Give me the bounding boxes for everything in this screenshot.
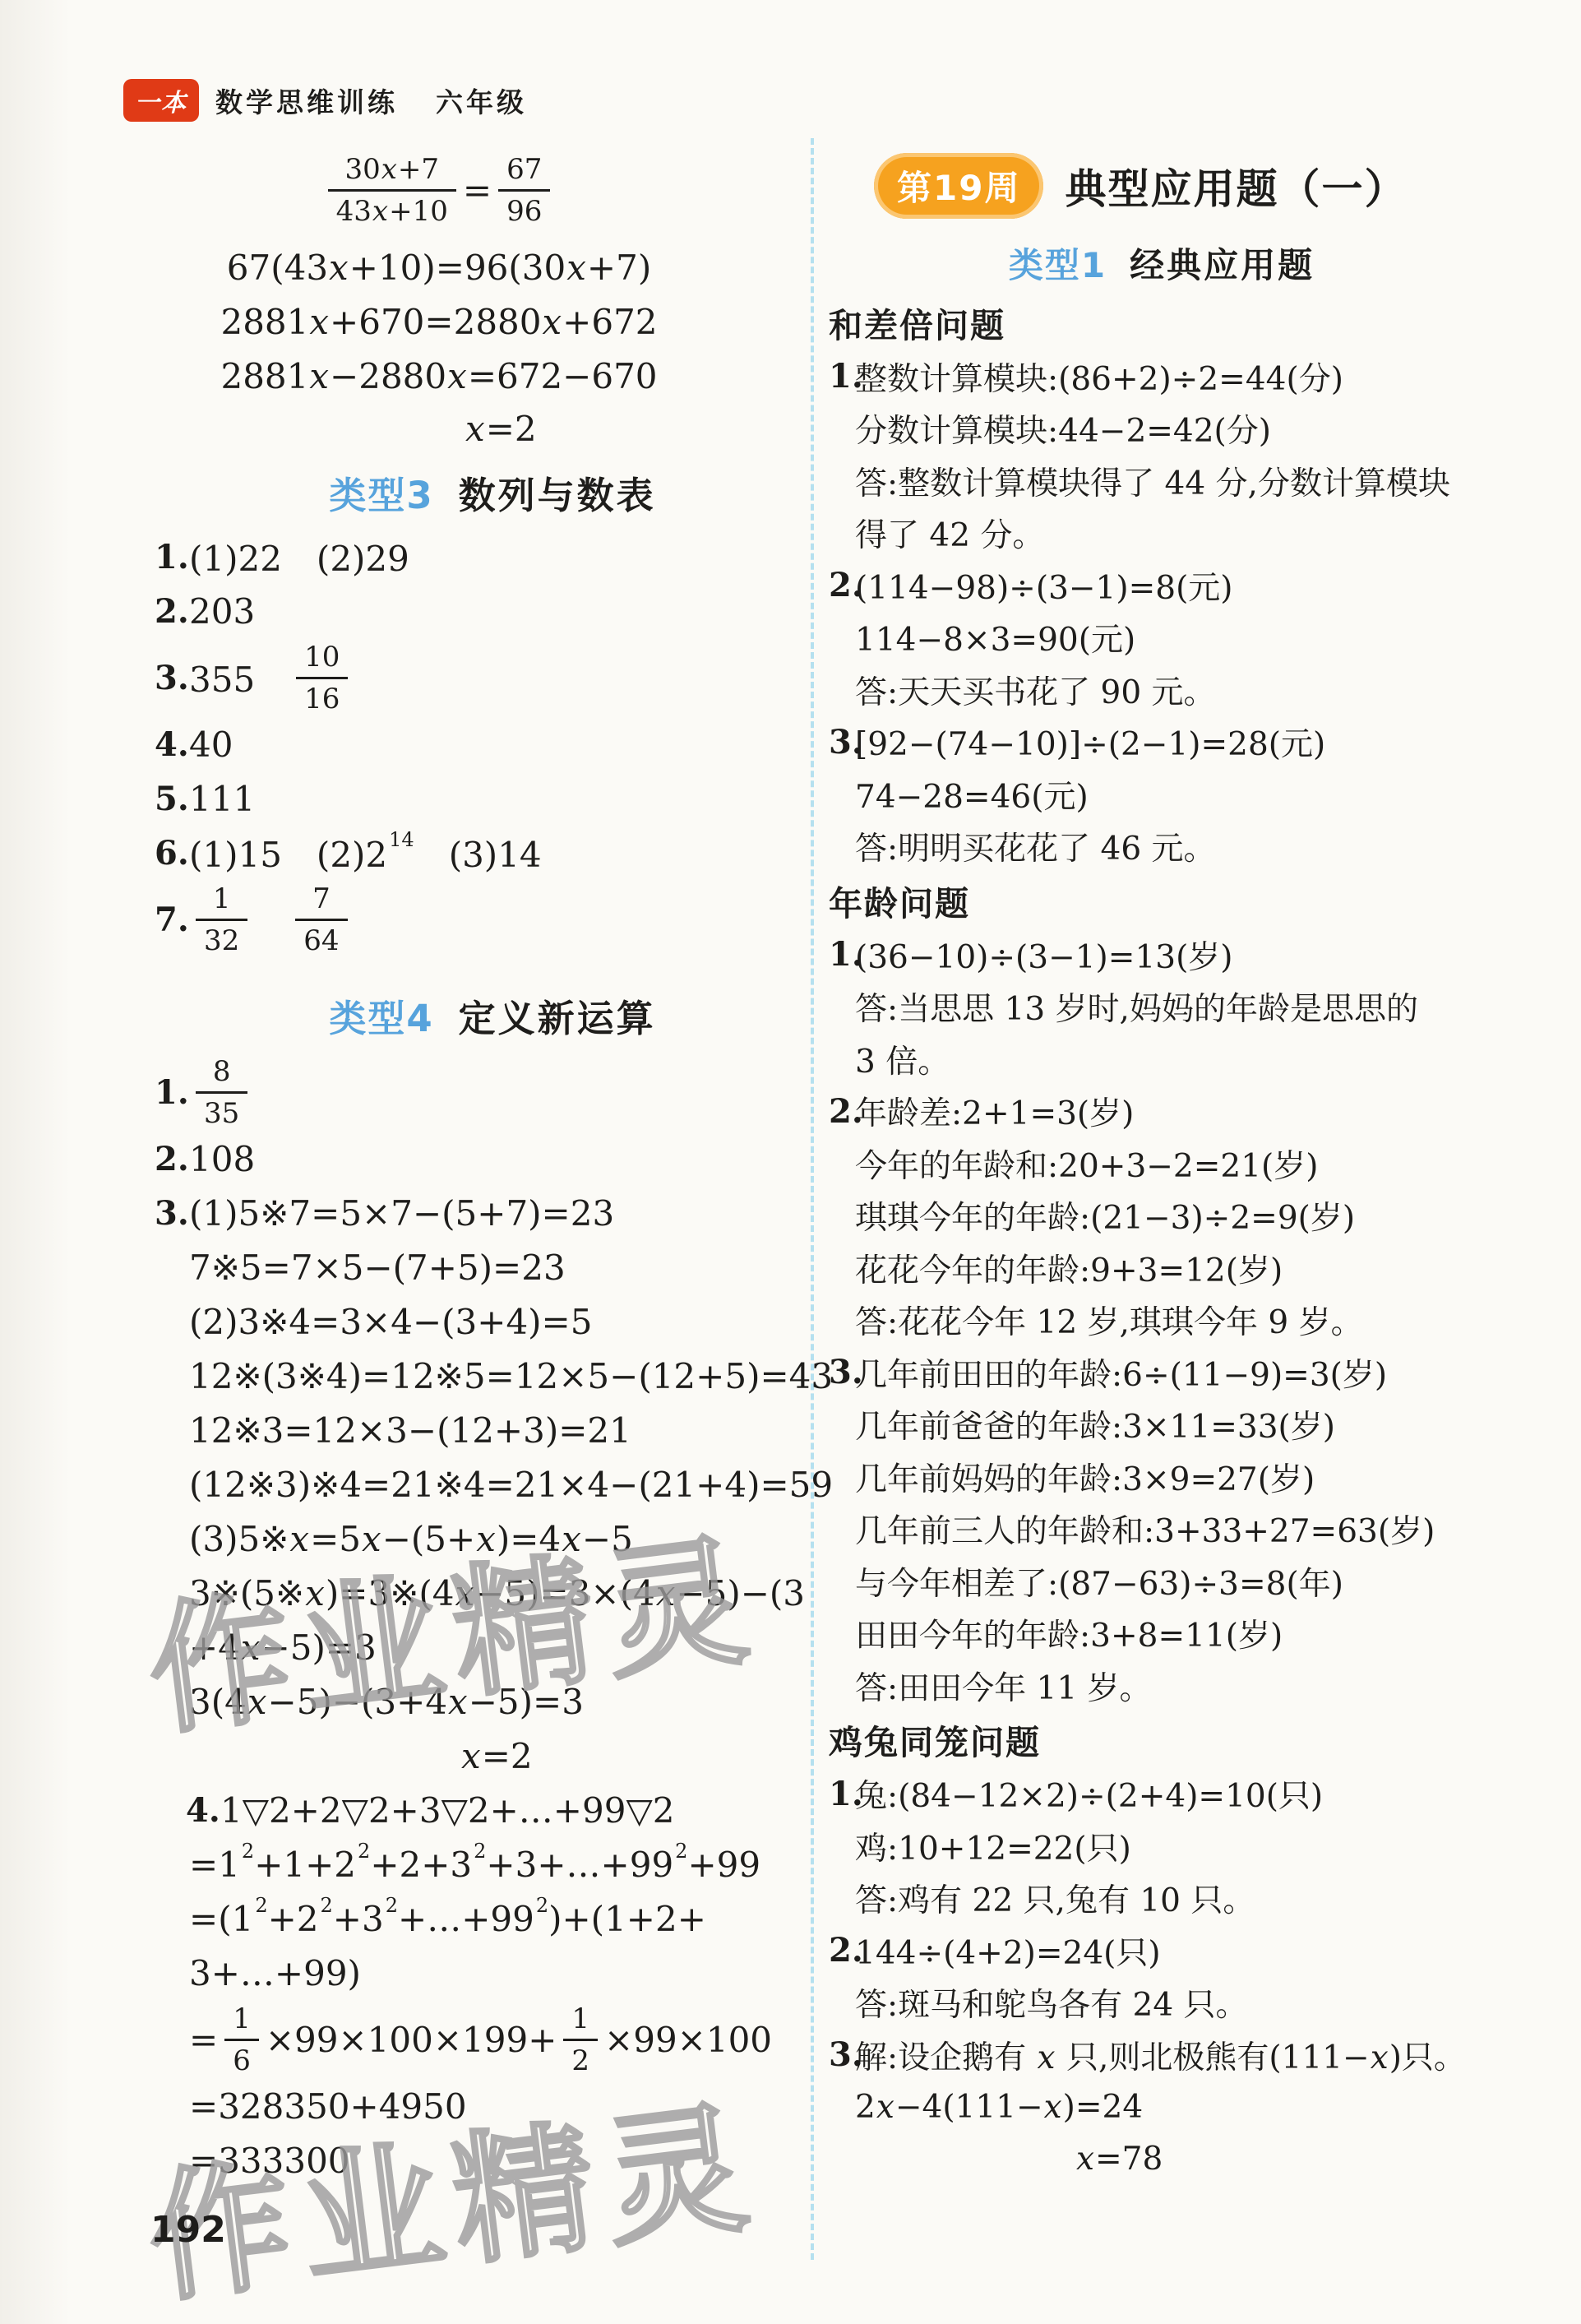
page-edge-shading [0, 0, 71, 2324]
fraction-denominator: 6 [224, 2039, 259, 2075]
item-number: 1. [829, 357, 863, 396]
answer-line: 解:设企鹅有 x 只,则北极熊有(111−x)只。3. [829, 2029, 1560, 2081]
math-line: 132 7647. [90, 880, 788, 959]
text-segment: 144÷(4+2)=24(只) [855, 1928, 1161, 1974]
section-heading: 类型4定义新运算 [90, 977, 788, 1053]
text-segment: )+(1+2+ [548, 1899, 706, 1939]
fraction-numerator: 1 [205, 885, 239, 919]
item-number: 6. [155, 834, 189, 873]
fraction: 12 [563, 2005, 598, 2075]
page-number: 192 [150, 2209, 226, 2251]
text-segment: (1)5※7=5×7−(5+7)=23 [189, 1193, 614, 1234]
book-header: 一本 数学思维训练 六年级 [123, 79, 527, 122]
answer-line: 整数计算模块:(86+2)÷2=44(分)1. [829, 350, 1560, 403]
text-segment: 2881x+670=2880x+672 [220, 302, 657, 342]
answer-item: 年龄差:2+1=3(岁)2.今年的年龄和:20+3−2=21(岁)琪琪今年的年龄… [829, 1086, 1560, 1347]
text-segment: 分数计算模块:44−2=42(分) [855, 405, 1271, 451]
variable-x: x [446, 356, 468, 396]
left-sections: 类型3数列与数表(1)22 (2)291.2032.355 10163.404.… [90, 454, 788, 2187]
text-segment: 203 [189, 591, 255, 632]
text-segment: (1)22 (2)29 [189, 532, 409, 581]
text-segment: 答:花花今年 12 岁,琪琪今年 9 岁。 [855, 1297, 1363, 1343]
superscript: 2 [321, 1894, 333, 1917]
fraction-numerator: 7 [304, 885, 339, 919]
text-segment: 几年前田田的年龄:6÷(11−9)=3(岁) [855, 1349, 1387, 1396]
math-line: +4x−5)=3 [90, 1620, 788, 1674]
math-line: 1082. [90, 1132, 788, 1186]
text-segment: 年龄差:2+1=3(岁) [855, 1088, 1134, 1134]
text-segment: 得了 42 分。 [855, 510, 1044, 556]
math-line: x=2 [90, 1729, 788, 1783]
math-line: (12※3)※4=21※4=21×4−(21+4)=59 [90, 1457, 788, 1512]
week-title-row: 第19周 典型应用题（一） [829, 140, 1560, 232]
text-segment: +2+3 [370, 1845, 472, 1885]
text-segment: 2881x−2880x=672−670 [220, 356, 657, 396]
variable-x: x [447, 1682, 469, 1722]
text-segment: 12※3=12×3−(12+3)=21 [189, 1410, 631, 1451]
section-title: 定义新运算 [459, 988, 656, 1042]
item-number: 1. [155, 1073, 189, 1112]
math-line: (1)22 (2)291. [90, 530, 788, 584]
answer-item: (1)5※7=5×7−(5+7)=233.7※5=7×5−(7+5)=23(2)… [90, 1186, 788, 1783]
fraction-denominator: 96 [498, 189, 550, 225]
superscript: 2 [474, 1840, 486, 1863]
book-grade: 六年级 [436, 81, 527, 120]
answer-line: 田田今年的年龄:3+8=11(岁) [829, 1608, 1560, 1660]
variable-x: x [655, 1573, 677, 1613]
answer-line: 答:明明买花花了 46 元。 [829, 821, 1560, 873]
variable-x: x [876, 2089, 895, 2126]
answer-item: (1)15 (2)214 (3)146. [90, 826, 788, 880]
text-segment: 答:明明买花花了 46 元。 [855, 823, 1216, 869]
answer-item: 1082. [90, 1132, 788, 1186]
math-line: =12+1+22+2+32+3+…+992+99 [90, 1837, 788, 1891]
variable-x: x [566, 248, 587, 288]
text-segment: x=2 [460, 1736, 533, 1776]
text-segment: 兔:(84−12×2)÷(2+4)=10(只) [855, 1771, 1323, 1817]
answer-item: (114−98)÷(3−1)=8(元)2.114−8×3=90(元)答:天天买书… [829, 559, 1560, 716]
answer-line: 几年前田田的年龄:6÷(11−9)=3(岁)3. [829, 1346, 1560, 1399]
variable-x: x [328, 248, 349, 288]
fraction-numerator: 10 [296, 643, 348, 677]
text-segment: 琪琪今年的年龄:(21−3)÷2=9(岁) [855, 1192, 1355, 1238]
text-segment: = [189, 2020, 218, 2060]
answer-line: (36−10)÷(3−1)=13(岁)1. [829, 928, 1560, 981]
text-segment: 答:田田今年 11 岁。 [855, 1663, 1152, 1709]
variable-x: x [308, 302, 330, 342]
fraction-denominator: 32 [196, 919, 247, 955]
answer-item: 整数计算模块:(86+2)÷2=44(分)1.分数计算模块:44−2=42(分)… [829, 350, 1560, 559]
answer-line: 今年的年龄和:20+3−2=21(岁) [829, 1137, 1560, 1190]
section-tag: 类型3 [329, 465, 433, 519]
text-segment: 108 [189, 1139, 255, 1179]
text-segment: [92−(74−10)]÷(2−1)=28(元) [855, 719, 1325, 765]
superscript: 2 [358, 1840, 370, 1863]
text-segment: 67(43x+10)=96(30x+7) [227, 248, 651, 288]
variable-x: x [247, 1682, 268, 1722]
page-title: 典型应用题（一） [1065, 156, 1407, 215]
item-number: 7. [155, 900, 189, 939]
answer-line: 3 倍。 [829, 1033, 1560, 1086]
item-number: 2. [829, 1092, 863, 1131]
answer-item: 几年前田田的年龄:6÷(11−9)=3(岁)3.几年前爸爸的年龄:3×11=33… [829, 1346, 1560, 1712]
problem-group-heading: 鸡兔同笼问题 [829, 1712, 1560, 1768]
math-line: 1115. [90, 771, 788, 826]
type-title: 经典应用题 [1130, 238, 1315, 288]
answer-line: [92−(74−10)]÷(2−1)=28(元)3. [829, 716, 1560, 769]
text-segment: (114−98)÷(3−1)=8(元) [855, 562, 1233, 609]
answer-line: 鸡:10+12=22(只) [829, 1820, 1560, 1873]
answer-line: 几年前爸爸的年龄:3×11=33(岁) [829, 1399, 1560, 1451]
text-segment: 答:当思思 13 岁时,妈妈的年龄是思思的 [855, 984, 1418, 1030]
type-tag: 类型1 [1009, 238, 1107, 288]
fraction-denominator: 64 [295, 919, 347, 955]
text-segment: =328350+4950 [189, 2086, 467, 2127]
text-segment: 40 [189, 725, 233, 765]
answer-item: 解:设企鹅有 x 只,则北极熊有(111−x)只。3.2x−4(111−x)=2… [829, 2029, 1560, 2186]
answer-line: 答:花花今年 12 岁,琪琪今年 9 岁。 [829, 1294, 1560, 1347]
fraction-numerator: 1 [563, 2005, 598, 2039]
answer-line: 144÷(4+2)=24(只)2. [829, 1924, 1560, 1977]
math-line: 8351. [90, 1053, 788, 1132]
math-line: 12※(3※4)=12※5=12×5−(12+5)=43 [90, 1349, 788, 1403]
math-line: 3+…+99) [90, 1946, 788, 2000]
fraction-numerator: 8 [205, 1058, 239, 1091]
answer-line: 答:田田今年 11 岁。 [829, 1660, 1560, 1712]
text-segment: 3 倍。 [855, 1036, 950, 1082]
variable-x: x [541, 302, 562, 342]
text-segment: (3)14 [414, 828, 542, 877]
fraction-denominator: 16 [296, 677, 348, 713]
fraction-denominator: 35 [196, 1091, 247, 1127]
text-segment: 114−8×3=90(元) [855, 614, 1135, 660]
text-segment: x=2 [465, 409, 537, 449]
variable-x: x [455, 1573, 476, 1613]
answer-line: 答:斑马和鸵鸟各有 24 只。 [829, 1977, 1560, 2030]
text-segment: +3 [333, 1899, 384, 1939]
math-line: (1)5※7=5×7−(5+7)=233. [90, 1186, 788, 1240]
answer-line: 答:整数计算模块得了 44 分,分数计算模块 [829, 455, 1560, 507]
item-number: 3. [829, 2035, 863, 2074]
section-tag: 类型4 [329, 988, 433, 1042]
answer-line: 分数计算模块:44−2=42(分) [829, 403, 1560, 456]
text-segment: 解:设企鹅有 x 只,则北极熊有(111−x)只。 [855, 2032, 1466, 2078]
text-segment: 111 [189, 779, 255, 819]
answer-line: 琪琪今年的年龄:(21−3)÷2=9(岁) [829, 1190, 1560, 1243]
answer-line: 年龄差:2+1=3(岁)2. [829, 1086, 1560, 1138]
text-segment: = [463, 170, 492, 211]
variable-x: x [304, 1573, 326, 1613]
item-number: 2. [829, 566, 863, 604]
math-line: 2881x+670=2880x+672 [90, 294, 788, 349]
problem-group-heading: 年龄问题 [829, 873, 1560, 928]
math-line: 7※5=7×5−(7+5)=23 [90, 1240, 788, 1294]
text-segment: 12※(3※4)=12※5=12×5−(12+5)=43 [189, 1356, 833, 1396]
math-line: 3(4x−5)−(3+4x−5)=3 [90, 1674, 788, 1729]
item-number: 4. [155, 1791, 220, 1830]
variable-x: x [289, 1519, 310, 1559]
math-line: 30x+743x+10=6796 [90, 140, 788, 240]
variable-x: x [308, 356, 330, 396]
fraction: 1016 [296, 643, 348, 713]
answer-item: [92−(74−10)]÷(2−1)=28(元)3.74−28=46(元)答:明… [829, 716, 1560, 873]
superscript: 2 [536, 1894, 548, 1917]
item-number: 1. [155, 538, 189, 576]
text-segment: 花花今年的年龄:9+3=12(岁) [855, 1245, 1283, 1291]
variable-x: x [1043, 2089, 1063, 2126]
text-segment: 2x−4(111−x)=24 [855, 2089, 1143, 2126]
item-number: 4. [155, 725, 189, 764]
item-number: 1. [829, 1775, 863, 1813]
variable-x: x [381, 153, 398, 186]
fraction-numerator: 30x+7 [336, 155, 447, 189]
item-number: 2. [155, 1140, 189, 1178]
superscript: 2 [255, 1894, 267, 1917]
math-line: 1▽2+2▽2+3▽2+…+99▽24. [90, 1783, 788, 1837]
text-segment: =333300 [189, 2141, 350, 2181]
section-heading: 类型3数列与数表 [90, 454, 788, 530]
text-segment: 鸡:10+12=22(只) [855, 1823, 1131, 1869]
item-number: 3. [829, 723, 863, 762]
text-segment: +4x−5)=3 [189, 1627, 377, 1668]
variable-x: x [240, 1627, 261, 1668]
math-line: =333300 [90, 2133, 788, 2187]
text-segment: ×99×100 [604, 2020, 772, 2060]
item-number: 3. [829, 1353, 863, 1391]
superscript: 2 [675, 1840, 687, 1863]
week-badge: 第19周 [874, 153, 1043, 219]
problem-group-heading: 和差倍问题 [829, 294, 1560, 350]
item-number: 3. [155, 659, 189, 697]
answer-line: 答:鸡有 22 只,兔有 10 只。 [829, 1873, 1560, 1925]
text-segment: 几年前妈妈的年龄:3×9=27(岁) [855, 1454, 1315, 1500]
math-line: =(12+22+32+…+992)+(1+2+ [90, 1891, 788, 1946]
answer-line: (114−98)÷(3−1)=8(元)2. [829, 559, 1560, 612]
math-line: 404. [90, 717, 788, 771]
math-line: (2)3※4=3×4−(3+4)=5 [90, 1294, 788, 1349]
text-segment: x=78 [1075, 2141, 1163, 2178]
answer-item: 兔:(84−12×2)÷(2+4)=10(只)1.鸡:10+12=22(只)答:… [829, 1768, 1560, 1925]
fraction: 6796 [498, 155, 550, 225]
text-segment: =1 [189, 1845, 240, 1885]
text-segment: 几年前三人的年龄和:3+33+27=63(岁) [855, 1506, 1435, 1552]
answer-line: 74−28=46(元) [829, 768, 1560, 821]
right-column: 第19周 典型应用题（一） 类型1 经典应用题 和差倍问题整数计算模块:(86+… [829, 140, 1560, 2186]
text-segment: (12※3)※4=21※4=21×4−(21+4)=59 [189, 1465, 833, 1505]
math-line: 355 10163. [90, 638, 788, 717]
text-segment: +1+2 [254, 1845, 356, 1885]
text-segment: (1)15 (2)2 [189, 828, 387, 877]
answer-item: 8351. [90, 1053, 788, 1132]
text-segment: 3(4x−5)−(3+4x−5)=3 [189, 1682, 584, 1722]
math-line: =328350+4950 [90, 2079, 788, 2133]
answer-item: 132 7647. [90, 880, 788, 959]
superscript: 2 [242, 1840, 254, 1863]
text-segment: 几年前爸爸的年龄:3×11=33(岁) [855, 1401, 1335, 1447]
item-number: 2. [829, 1931, 863, 1970]
item-number: 5. [155, 780, 189, 818]
text-segment: +…+99 [398, 1899, 534, 1939]
fraction-denominator: 2 [563, 2039, 598, 2075]
type-heading: 类型1 经典应用题 [796, 232, 1528, 294]
text-segment: (36−10)÷(3−1)=13(岁) [855, 932, 1233, 978]
math-line: 12※3=12×3−(12+3)=21 [90, 1403, 788, 1457]
text-segment: 与今年相差了:(87−63)÷3=8(年) [855, 1558, 1343, 1604]
variable-x: x [1075, 2141, 1095, 2178]
fraction: 30x+743x+10 [328, 155, 456, 225]
fraction: 16 [224, 2005, 259, 2075]
text-segment: 3+…+99) [189, 1953, 361, 1993]
variable-x: x [1037, 2039, 1056, 2076]
text-segment: 74−28=46(元) [855, 771, 1089, 817]
text-segment: 答:斑马和鸵鸟各有 24 只。 [855, 1979, 1248, 2025]
math-line: 2881x−2880x=672−670 [90, 349, 788, 403]
answer-line: 几年前妈妈的年龄:3×9=27(岁) [829, 1451, 1560, 1503]
math-line: 67(43x+10)=96(30x+7) [90, 240, 788, 294]
text-segment [254, 895, 289, 944]
left-column: 30x+743x+10=679667(43x+10)=96(30x+7)2881… [90, 140, 788, 2187]
answer-line: 答:天天买书花了 90 元。 [829, 664, 1560, 716]
fraction: 764 [295, 885, 347, 955]
math-line: (1)15 (2)214 (3)146. [90, 826, 788, 880]
text-segment: 田田今年的年龄:3+8=11(岁) [855, 1610, 1283, 1656]
variable-x: x [460, 1736, 482, 1776]
text-segment: (2)3※4=3×4−(3+4)=5 [189, 1302, 592, 1342]
fraction-numerator: 67 [498, 155, 550, 189]
text-segment: 1▽2+2▽2+3▽2+…+99▽2 [189, 1790, 674, 1831]
item-number: 1. [829, 935, 863, 974]
text-segment: +99 [687, 1845, 760, 1885]
math-line: 3※(5※x)=3※(4x−5)=3×(4x−5)−(3 [90, 1566, 788, 1620]
answer-item: (1)22 (2)291. [90, 530, 788, 584]
math-line: x=2 [90, 403, 788, 454]
variable-x: x [561, 1519, 582, 1559]
answer-item: 404. [90, 717, 788, 771]
variable-x: x [465, 409, 486, 449]
answer-line: 花花今年的年龄:9+3=12(岁) [829, 1242, 1560, 1294]
section-title: 数列与数表 [459, 465, 656, 519]
answer-item: 1▽2+2▽2+3▽2+…+99▽24.=12+1+22+2+32+3+…+99… [90, 1783, 788, 2187]
answer-line: x=78 [829, 2133, 1560, 2186]
math-line: (3)5※x=5x−(5+x)=4x−5 [90, 1512, 788, 1566]
answer-item: (36−10)÷(3−1)=13(岁)1.答:当思思 13 岁时,妈妈的年龄是思… [829, 928, 1560, 1086]
text-segment: +3+…+99 [486, 1845, 673, 1885]
item-number: 2. [155, 592, 189, 631]
text-segment: (3)5※x=5x−(5+x)=4x−5 [189, 1519, 633, 1559]
variable-x: x [372, 195, 389, 228]
fraction: 835 [196, 1058, 247, 1127]
text-segment: 答:整数计算模块得了 44 分,分数计算模块 [855, 458, 1450, 504]
math-line: 2032. [90, 584, 788, 638]
fraction-denominator: 43x+10 [328, 189, 456, 225]
answer-line: 2x−4(111−x)=24 [829, 2081, 1560, 2134]
answer-item: 144÷(4+2)=24(只)2.答:斑马和鸵鸟各有 24 只。 [829, 1924, 1560, 2029]
text-segment: 整数计算模块:(86+2)÷2=44(分) [855, 354, 1343, 400]
variable-x: x [475, 1519, 497, 1559]
brand-logo: 一本 [123, 79, 199, 122]
variable-x: x [1370, 2039, 1389, 2076]
text-segment: 3※(5※x)=3※(4x−5)=3×(4x−5)−(3 [189, 1573, 805, 1613]
answer-item: 1115. [90, 771, 788, 826]
text-segment: 355 [189, 653, 289, 702]
variable-x: x [361, 1519, 382, 1559]
book-series-title: 数学思维训练 [215, 81, 398, 120]
text-segment: 答:鸡有 22 只,兔有 10 只。 [855, 1875, 1255, 1921]
answer-item: 2032. [90, 584, 788, 638]
answer-item: 355 10163. [90, 638, 788, 717]
text-segment: 今年的年龄和:20+3−2=21(岁) [855, 1141, 1318, 1187]
answer-line: 得了 42 分。 [829, 507, 1560, 560]
text-segment: ×99×100×199+ [266, 2020, 557, 2060]
answer-line: 答:当思思 13 岁时,妈妈的年龄是思思的 [829, 981, 1560, 1034]
right-groups: 和差倍问题整数计算模块:(86+2)÷2=44(分)1.分数计算模块:44−2=… [829, 294, 1560, 2186]
fraction-numerator: 1 [224, 2005, 259, 2039]
superscript: 2 [386, 1894, 398, 1917]
text-segment: +2 [268, 1899, 319, 1939]
fraction: 132 [196, 885, 247, 955]
equation-derivation-block: 30x+743x+10=679667(43x+10)=96(30x+7)2881… [90, 140, 788, 454]
superscript: 14 [389, 828, 414, 851]
answer-line: 几年前三人的年龄和:3+33+27=63(岁) [829, 1503, 1560, 1556]
answer-line: 与今年相差了:(87−63)÷3=8(年) [829, 1555, 1560, 1608]
text-segment: 答:天天买书花了 90 元。 [855, 667, 1216, 713]
math-line: =16×99×100×199+12×99×100 [90, 2000, 788, 2079]
answer-line: 兔:(84−12×2)÷(2+4)=10(只)1. [829, 1768, 1560, 1821]
item-number: 3. [155, 1194, 189, 1233]
answer-line: 114−8×3=90(元) [829, 612, 1560, 664]
text-segment: =(1 [189, 1899, 253, 1939]
column-divider [811, 138, 814, 2260]
text-segment: 7※5=7×5−(7+5)=23 [189, 1248, 566, 1288]
